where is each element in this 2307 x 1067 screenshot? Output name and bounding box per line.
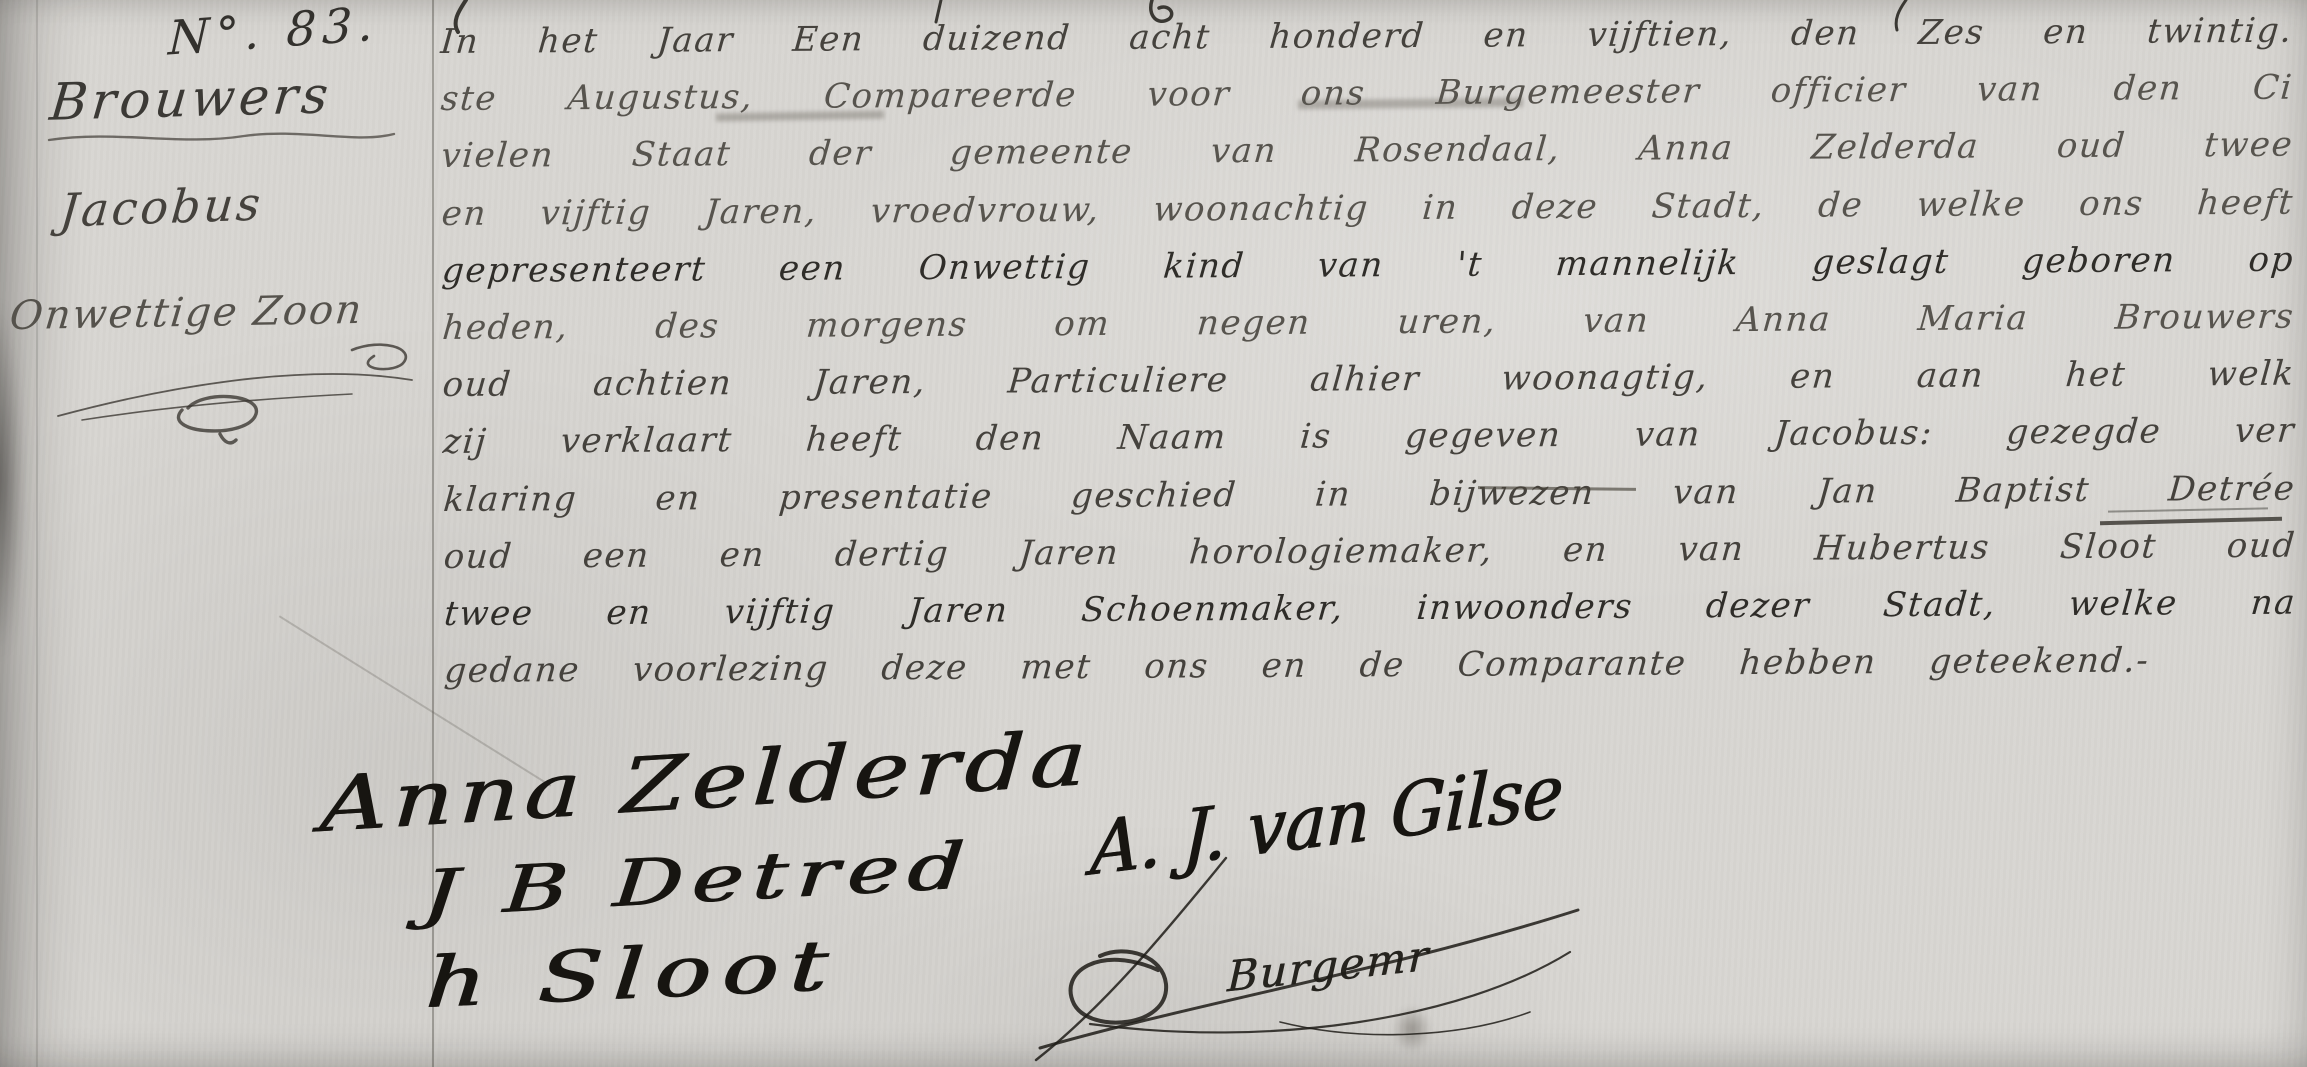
page-edge-line	[36, 0, 38, 1067]
margin-given-name: Jacobus	[58, 176, 266, 237]
signature-van-gilse: A. J. van Gilse	[1089, 748, 1564, 893]
signature-anna-zelderda: Anna Zelderda	[318, 713, 1093, 850]
act-line: vielen Staat der gemeente van Rosendaal,…	[439, 117, 2296, 186]
ink-blot	[1386, 998, 1438, 1060]
margin-note: Onwettige Zoon	[8, 287, 366, 339]
act-body-text: In het Jaar Een duizend acht honderd en …	[438, 3, 2307, 701]
margin-surname: Brouwers	[47, 66, 334, 133]
signature-h-sloot: h Sloot	[423, 924, 841, 1024]
act-line: gedane voorlezing deze met ons en de Com…	[442, 633, 2152, 701]
margin-note-flourish	[52, 336, 420, 448]
act-line: zij verklaart heeft den Naam is gegeven …	[441, 403, 2298, 472]
signature-title-burgemeester: Burgemr	[1226, 931, 1430, 1002]
scanned-birth-record-page: N°. 83. Brouwers Jacobus Onwettige Zoon …	[0, 0, 2307, 1067]
record-number: N°. 83.	[167, 0, 380, 67]
signature-jb-detred: J B Detred	[420, 829, 975, 932]
